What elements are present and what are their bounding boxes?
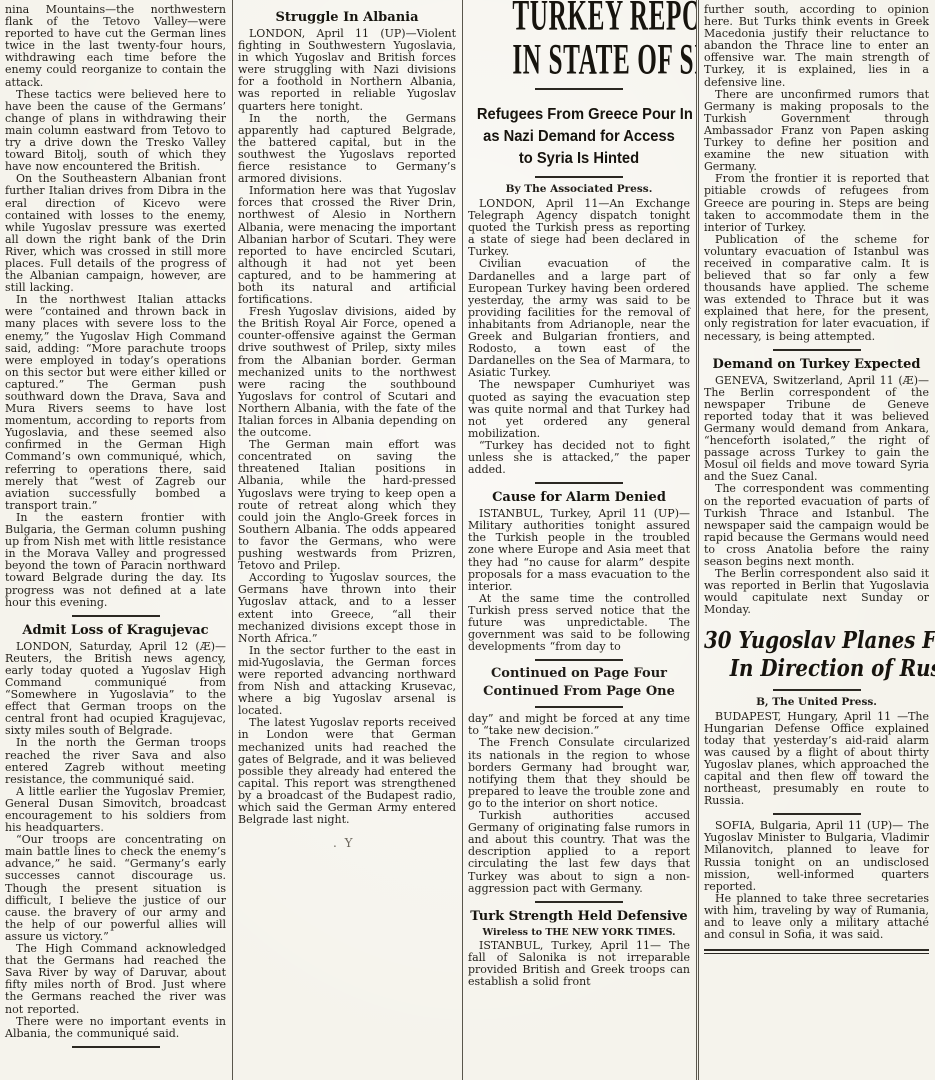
divider-rule <box>773 813 861 815</box>
article-paragraph: At the same time the controlled Turkish … <box>468 593 690 653</box>
article-subhead: Turk Strength Held Defensive <box>468 909 690 924</box>
article-paragraph: further south, according to opinion here… <box>704 4 929 89</box>
article-subhead: Demand on Turkey Expected <box>704 357 929 372</box>
article-paragraph: On the Southeastern Albanian front furth… <box>5 173 226 294</box>
bottom-double-rule <box>704 949 929 954</box>
article-paragraph: Civilian evacuation of the Dardanelles a… <box>468 258 690 379</box>
newspaper-column-1: nina Mountains—the northwestern flank of… <box>0 0 233 1080</box>
secondary-headline-line: 30 Yugoslav Planes Fly <box>704 627 898 655</box>
article-paragraph: In the northwest Italian attacks were “c… <box>5 294 226 512</box>
continued-notice: Continued on Page Four <box>468 666 690 682</box>
article-paragraph: GENEVA, Switzerland, April 11 (Æ)—The Be… <box>704 375 929 484</box>
article-paragraph: These tactics were believed here to have… <box>5 89 226 174</box>
article-paragraph: From the frontier it is reported that pi… <box>704 173 929 233</box>
article-paragraph: SOFIA, Bulgaria, April 11 (UP)— The Yugo… <box>704 820 929 893</box>
article-paragraph: He planned to take three secretaries wit… <box>704 893 929 941</box>
article-paragraph: There are unconfirmed rumors that German… <box>704 89 929 174</box>
article-paragraph: The High Command acknowledged that the G… <box>5 943 226 1016</box>
article-paragraph: ISTANBUL, Turkey, April 11— The fall of … <box>468 940 690 988</box>
article-paragraph: Information here was that Yugoslav force… <box>238 185 456 306</box>
article-subhead: Struggle In Albania <box>238 10 456 25</box>
article-paragraph: The latest Yugoslav reports received in … <box>238 717 456 826</box>
deck-headline-line: to Syria Is Hinted <box>477 148 681 170</box>
divider-rule <box>535 706 623 708</box>
article-paragraph: nina Mountains—the northwestern flank of… <box>5 4 226 89</box>
article-paragraph: Fresh Yugoslav divisions, aided by the B… <box>238 306 456 439</box>
article-paragraph: ISTANBUL, Turkey, April 11 (UP)—Military… <box>468 508 690 593</box>
article-paragraph: day” and might be forced at any time to … <box>468 713 690 737</box>
divider-rule <box>72 615 160 617</box>
article-paragraph: The French Consulate circularized its na… <box>468 737 690 810</box>
article-paragraph: According to Yugoslav sources, the Germa… <box>238 572 456 645</box>
article-paragraph: In the north the German troops reached t… <box>5 737 226 785</box>
article-paragraph: LONDON, Saturday, April 12 (Æ)—Reuters, … <box>5 641 226 738</box>
article-subhead: Cause for Alarm Denied <box>468 490 690 505</box>
article-paragraph: There were no important events in Albani… <box>5 1016 226 1040</box>
deck-headline-line: as Nazi Demand for Access <box>477 126 681 148</box>
divider-rule <box>773 689 861 691</box>
article-paragraph: A little earlier the Yugoslav Premier, G… <box>5 786 226 834</box>
article-paragraph: LONDON, April 11 (UP)—Violent fighting i… <box>238 28 456 113</box>
divider-rule <box>535 176 623 178</box>
article-paragraph: LONDON, April 11—An Exchange Telegraph A… <box>468 198 690 258</box>
article-paragraph: “Turkey has decided not to fight unless … <box>468 440 690 476</box>
article-paragraph: BUDAPEST, Hungary, April 11 —The Hungari… <box>704 711 929 808</box>
newspaper-column-3: TURKEY REPORTEDIN STATE OF SIEGERefugees… <box>463 0 699 1080</box>
divider-rule <box>72 1046 160 1048</box>
main-headline: TURKEY REPORTEDIN STATE OF SIEGE <box>468 0 690 82</box>
divider-rule <box>773 349 861 351</box>
article-paragraph: The correspondent was commenting on the … <box>704 483 929 568</box>
article-paragraph: In the sector further to the east in mid… <box>238 645 456 718</box>
article-paragraph: The newspaper Cumhuriyet was quoted as s… <box>468 379 690 439</box>
divider-rule <box>535 88 623 90</box>
article-paragraph: The Berlin correspondent also said it wa… <box>704 568 929 616</box>
print-artifact: . Y <box>333 836 456 850</box>
article-subhead: Admit Loss of Kragujevac <box>5 623 226 638</box>
article-paragraph: In the north, the Germans apparently had… <box>238 113 456 186</box>
continued-notice: Continued From Page One <box>468 684 690 700</box>
divider-rule <box>535 659 623 661</box>
secondary-headline-line: In Direction of Russia <box>704 655 898 683</box>
wire-credit: Wireless to THE NEW YORK TIMES. <box>468 927 690 938</box>
deck-headline: Refugees From Greece Pour Inas Nazi Dema… <box>468 104 690 170</box>
headline-line: TURKEY REPORTED <box>512 0 645 38</box>
article-paragraph: The German main effort was concentrated … <box>238 439 456 572</box>
article-paragraph: In the eastern frontier with Bulgaria, t… <box>5 512 226 609</box>
newspaper-column-4: further south, according to opinion here… <box>699 0 935 1080</box>
article-paragraph: Turkish authorities accused Germany of o… <box>468 810 690 895</box>
deck-headline-line: Refugees From Greece Pour In <box>477 104 681 126</box>
article-paragraph: Publication of the scheme for voluntary … <box>704 234 929 343</box>
byline: B, The United Press. <box>704 696 929 708</box>
secondary-headline: 30 Yugoslav Planes FlyIn Direction of Ru… <box>704 627 929 683</box>
divider-rule <box>535 901 623 903</box>
divider-rule <box>535 482 623 484</box>
article-paragraph: “Our troops are concentrating on main ba… <box>5 834 226 943</box>
headline-line: IN STATE OF SIEGE <box>512 38 645 83</box>
byline: By The Associated Press. <box>468 183 690 195</box>
newspaper-column-2: Struggle In AlbaniaLONDON, April 11 (UP)… <box>233 0 463 1080</box>
newspaper-page: nina Mountains—the northwestern flank of… <box>0 0 935 1080</box>
